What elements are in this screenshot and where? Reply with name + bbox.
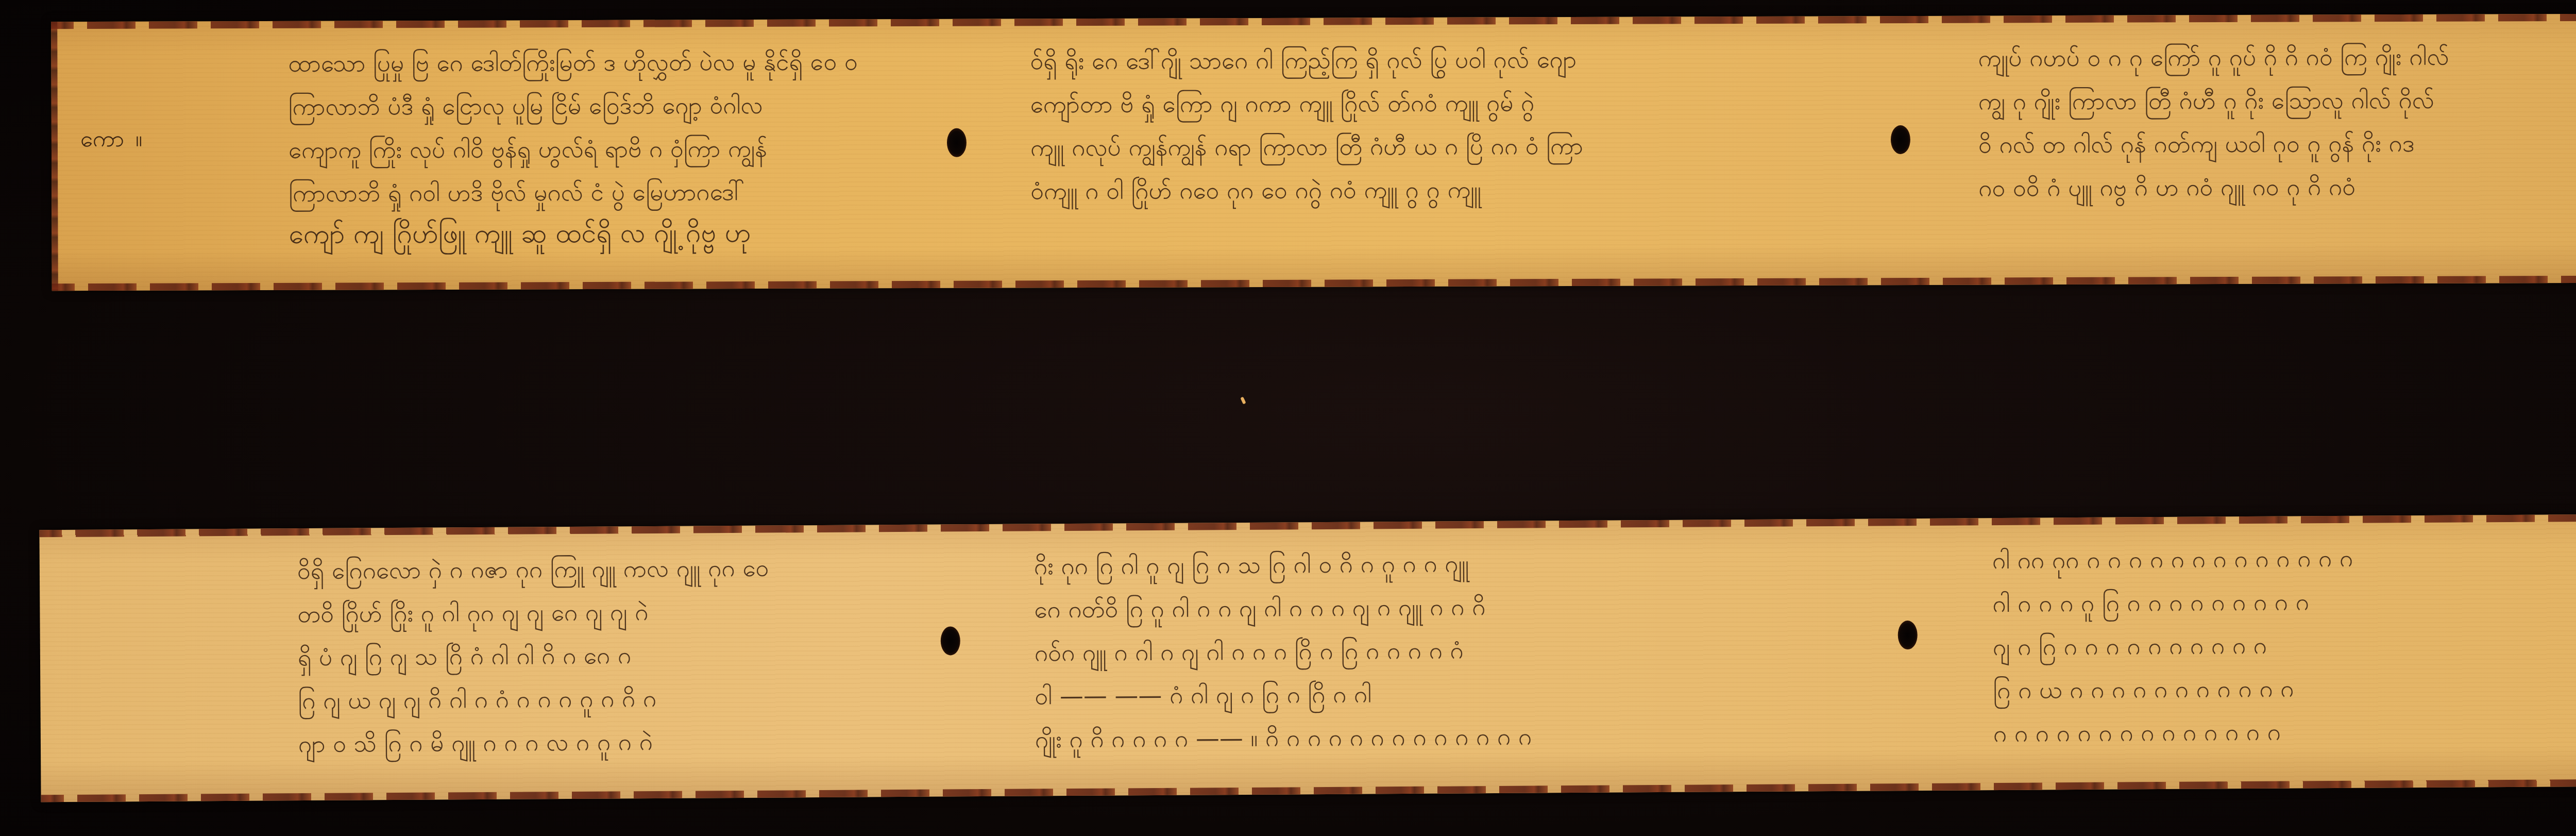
text-line: တဝိ ဂြိုဟ် ဂြိုး ဂူ ဂါ ဂုဂ ဂျ ဂျ ဂေ ဂျ ဂ… [297, 589, 916, 636]
text-line: ဂြ ဂျ ယ ဂျ ဂျ ဂိ ဂါ ဂ ဂံ ဂ ဂ ဂ ဂူ ဂ ဂိ ဂ [298, 675, 916, 722]
text-line-full-width: ကျော် ကျ ဂြိုဟ်ဖြူ ကျူ ဆူ ထင်ရှိ လ ဂျို့… [289, 206, 2576, 256]
text-line: ကျော်တာ ဗိ ရှုံ ကြော ဂျ ဂကာ ကျူ ဂြိုလ် တ… [1030, 80, 1875, 126]
binding-hole-left [947, 128, 967, 157]
text-line: ဂျိုး ဂူ ဂိ ဂ ဂ ဂ ဂ —— ။ ဂိ ဂ ဂ ဂ ဂ ဂ ဂ … [1035, 712, 1880, 761]
text-line: ဝိ ဂလ် တ ဂါလ် ဂုန် ဂတ်ကျ ယဝါ ဂုဝ ဂူ ဂွန်… [1978, 121, 2576, 166]
text-column-right: ကျုပ် ဂဟပ် ဝ ဂ ဂု ကြော် ဂူ ဂူပ် ဂို ဂိ ဂ… [1978, 35, 2576, 210]
text-line: ဂျာ ဝ သိ ဂြ ဂ မိ ဂျူ ဂ ဂ ဂ လ ဂ ဂူ ဂ ဂဲ [298, 718, 917, 765]
text-line: ဝါ —— —— ဂံ ဂါ ဂျ ဂ ဂြ ဂ ဂြိ ဂ ဂါ [1035, 669, 1879, 717]
text-line: ဂေ ဂတ်ဝိ ဂြ ဂူ ဂါ ဂ ဂ ဂျ ဂါ ဂ ဂ ဂ ဂျ ဂ ဂ… [1034, 582, 1879, 631]
palm-leaf-upper: ကော ။ ထာသော ပြုမှု ဗြ ဂေ ဒေါတ်ကြိုးမြတ် … [51, 13, 2576, 291]
text-line: ထာသော ပြုမှု ဗြ ဂေ ဒေါတ်ကြိုးမြတ် ဒ ဟိုလ… [288, 40, 927, 85]
palm-leaf-lower: ဝိရှိ ဂြေဂလော ဂှဲ ဂ ဂဇာ ဂုဂ ကြူ ဂျူ ဂာလ … [39, 513, 2576, 802]
text-line: ကျူ ဂလုပ် ကျွန်ကျွန် ဂရာ ကြာလာ တြီ ဂံဟီ … [1030, 123, 1875, 169]
text-line: ရှိ ပံ ဂျ ဂြ ဂျ သ ဂြိ ဂံ ဂါ ဂါ ဂိ ဂ ဂေ ဂ [298, 632, 916, 679]
text-line: ဝ်ရှိ ရိုး ဂေ ဒေါ်ဂျို သာဂေ ဂါ ကြည့်ကြ ရ… [1030, 37, 1875, 82]
text-column-middle: ဂိုး ဂုဂ ဂြ ဂါ ဂူ ဂျ ဂြ ဂ သ ဂြ ဂါ ဝ ဂိ ဂ… [1034, 539, 1880, 761]
text-line: ဂျ ဂ ဂြ ဂ ဂ ဂ ဂ ဂ ဂ ဂ ဂ ဂ ဂ [1993, 622, 2576, 669]
text-line: ဂဝ်ဂ ဂျူ ဂ ဂါ ဂ ဂျ ဂါ ဂ ဂ ဂ ဂြိ ဂ ဂြ ဂ ဂ… [1035, 626, 1879, 674]
text-line: ဂ ဂ ဂ ဂ ဂ ဂ ဂ ဂ ဂ ဂ ဂ ဂ ဂ ဂ [1993, 708, 2576, 756]
text-column-left: ဝိရှိ ဂြေဂလော ဂှဲ ဂ ဂဇာ ဂုဂ ကြူ ဂျူ ဂာလ … [297, 545, 917, 765]
text-column-right: ဂါ ဂဂ ဂုဂ ဂ ဂ ဂ ဂ ဂ ဂ ဂ ဂ ဂ ဂ ဂ ဂ ဂ ဂါ ဂ… [1992, 535, 2576, 756]
text-line: ဂဝ ဝဝိ ဂံ ပျူ ဂဗွ ဂိ ဟ ဂဝံ ဂျူ ဂဝ ဂု ဂိ … [1978, 164, 2576, 210]
text-line: ဝံကျူ ဂ ဝါ ဂြိုဟ် ဂဝေ ဂုဂ ဝေ ဂဂွဲ ဂဝံ ကျ… [1030, 166, 1875, 212]
binding-hole-right [1898, 621, 1918, 649]
text-line: ကြာလာဘိ ရှုံ ဂဝါ ဟဒိ ဗိုလ် မှုဂလ် ငံ ပွဲ… [289, 170, 927, 215]
text-line: ကျုပ် ဂဟပ် ဝ ဂ ဂု ကြော် ဂူ ဂူပ် ဂို ဂိ ဂ… [1978, 35, 2576, 80]
binding-hole-right [1891, 125, 1910, 154]
folio-number-marker: ကော ။ [80, 125, 145, 158]
text-line: ကြာလာဘိ ပံဒီ ရှုံ ငြောလု ပူမြ ငြိမ် ဝြေဒ… [289, 83, 927, 128]
text-line: ကျောကူ ကြိုး လုပ် ဂါဝိ ဗွန်ရှု ဟွလ်ရံ ရာ… [289, 126, 927, 172]
binding-hole-left [941, 626, 960, 655]
text-line: ဂိုး ဂုဂ ဂြ ဂါ ဂူ ဂျ ဂြ ဂ သ ဂြ ဂါ ဝ ဂိ ဂ… [1034, 539, 1879, 588]
text-column-left: ထာသော ပြုမှု ဗြ ဂေ ဒေါတ်ကြိုးမြတ် ဒ ဟိုလ… [288, 40, 927, 215]
text-column-middle: ဝ်ရှိ ရိုး ဂေ ဒေါ်ဂျို သာဂေ ဂါ ကြည့်ကြ ရ… [1030, 37, 1875, 212]
text-line: ကျွ ဂု ဂျိုး ကြာလာ တြီ ဂံဟီ ဂူ ဂိုး သြော… [1978, 78, 2576, 123]
text-line: ဂြ ဂ ယ ဂ ဂ ဂ ဂ ဂ ဂ ဂ ဂ ဂ ဂ ဂ [1993, 665, 2576, 712]
leaf-edge-stain-left [51, 22, 58, 291]
text-line: ဂါ ဂ ဂ ဂ ဂူ ဂြ ဂ ဂ ဂ ဂ ဂ ဂ ဂ ဂ ဂ [1992, 578, 2576, 626]
text-line: ဂါ ဂဂ ဂုဂ ဂ ဂ ဂ ဂ ဂ ဂ ဂ ဂ ဂ ဂ ဂ ဂ ဂ [1992, 535, 2576, 582]
text-line: ဝိရှိ ဂြေဂလော ဂှဲ ဂ ဂဇာ ဂုဂ ကြူ ဂျူ ဂာလ … [297, 545, 916, 592]
